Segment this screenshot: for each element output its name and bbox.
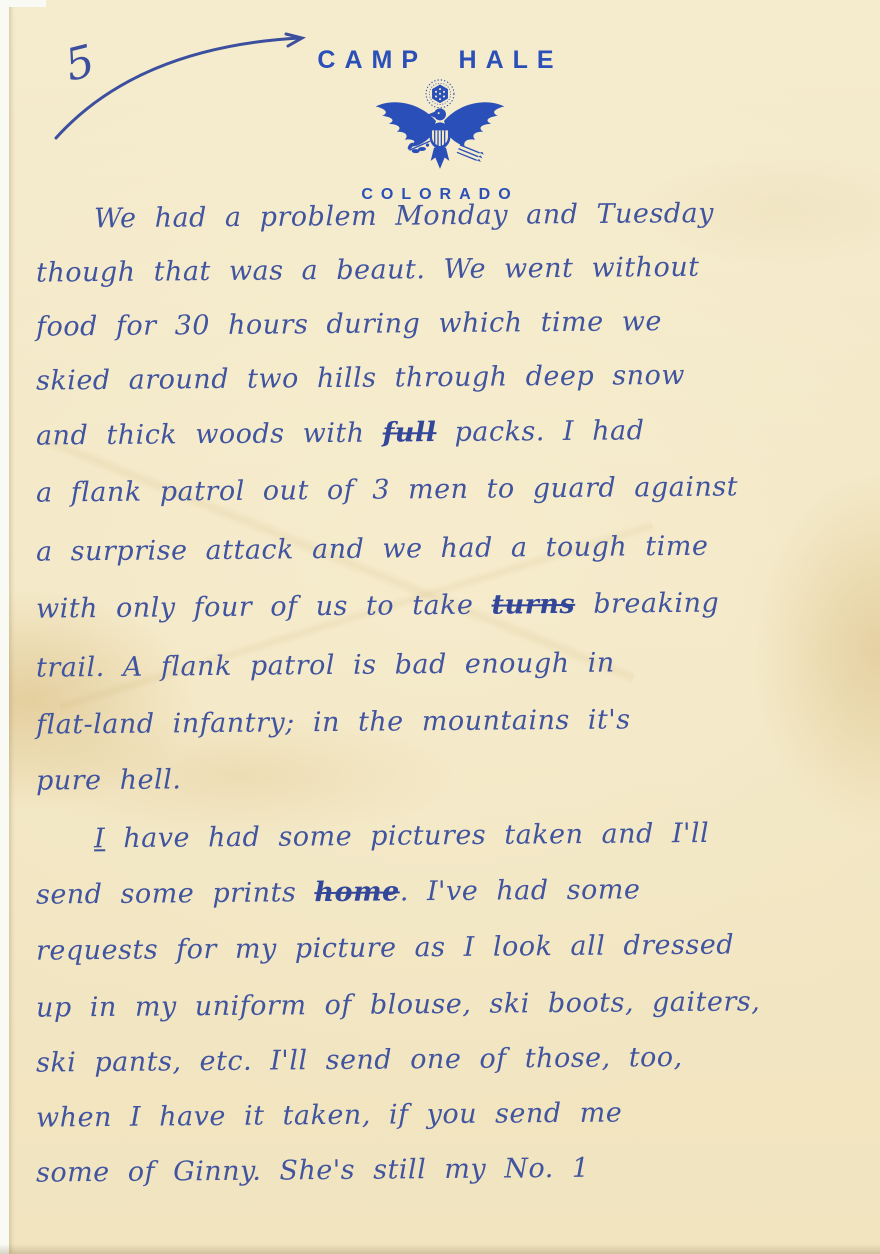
page-bottom-shadow <box>0 1244 880 1254</box>
letter-text: We had a problem Monday and Tuesday <box>94 198 714 234</box>
letter-text: pure hell. <box>36 764 182 796</box>
underlined-word: I <box>94 823 105 854</box>
letter-line: skied around two hills through deep snow <box>36 358 856 396</box>
letter-line: with only four of us to take turns break… <box>36 586 856 624</box>
overwritten-word: home <box>314 876 400 908</box>
letter-text: a flank patrol out of 3 men to guard aga… <box>36 471 738 508</box>
overwritten-word: turns <box>491 589 575 621</box>
letter-text: up in my uniform of blouse, ski boots, g… <box>36 986 760 1023</box>
letter-line: send some prints home. I've had some <box>36 872 856 910</box>
letter-line: a flank patrol out of 3 men to guard aga… <box>36 470 856 508</box>
letter-line: though that was a beaut. We went without <box>36 250 856 288</box>
letter-text: some of Ginny. She's still my No. 1 <box>36 1153 590 1189</box>
letter-text: breaking <box>575 588 719 620</box>
letter-text: with only four of us to take <box>36 590 492 625</box>
letter-text: have had some pictures taken and I'll <box>105 818 709 854</box>
letter-text: . I've had some <box>400 874 641 907</box>
letter-line: when I have it taken, if you send me <box>36 1095 856 1133</box>
letter-line: up in my uniform of blouse, ski boots, g… <box>36 985 856 1023</box>
letter-line: trail. A flank patrol is bad enough in <box>36 645 856 683</box>
letter-line: ski pants, etc. I'll send one of those, … <box>36 1040 856 1078</box>
letter-line: We had a problem Monday and Tuesday <box>36 196 880 235</box>
letter-text: flat-land infantry; in the mountains it'… <box>36 704 631 740</box>
letter-line: flat-land infantry; in the mountains it'… <box>36 702 856 740</box>
letter-text: trail. A flank patrol is bad enough in <box>36 648 615 684</box>
letter-line: pure hell. <box>36 758 856 796</box>
letter-line: some of Ginny. She's still my No. 1 <box>36 1150 856 1188</box>
letter-text: when I have it taken, if you send me <box>36 1097 623 1133</box>
letterhead-title: CAMP HALE <box>0 46 880 75</box>
letter-text: requests for my picture as I look all dr… <box>36 929 734 966</box>
letter-text: packs. I had <box>436 415 644 448</box>
letter-line: and thick woods with full packs. I had <box>36 413 856 451</box>
letter-text: skied around two hills through deep snow <box>36 360 685 397</box>
overwritten-word: full <box>383 417 437 448</box>
letter-line: requests for my picture as I look all dr… <box>36 928 856 966</box>
letterhead: CAMP HALE <box>0 0 880 204</box>
letter-text: though that was a beaut. We went without <box>36 252 700 289</box>
letter-text: and thick woods with <box>36 418 383 452</box>
us-great-seal-eagle-icon <box>0 77 880 186</box>
letter-text: food for 30 hours during which time we <box>36 306 662 342</box>
letter-text: a surprise attack and we had a tough tim… <box>36 531 709 568</box>
letter-text: send some prints <box>36 877 315 910</box>
letter-line: a surprise attack and we had a tough tim… <box>36 529 856 567</box>
letter-line: I have had some pictures taken and I'll <box>36 816 880 855</box>
letter-text: ski pants, etc. I'll send one of those, … <box>36 1042 683 1079</box>
letter-line: food for 30 hours during which time we <box>36 304 856 342</box>
